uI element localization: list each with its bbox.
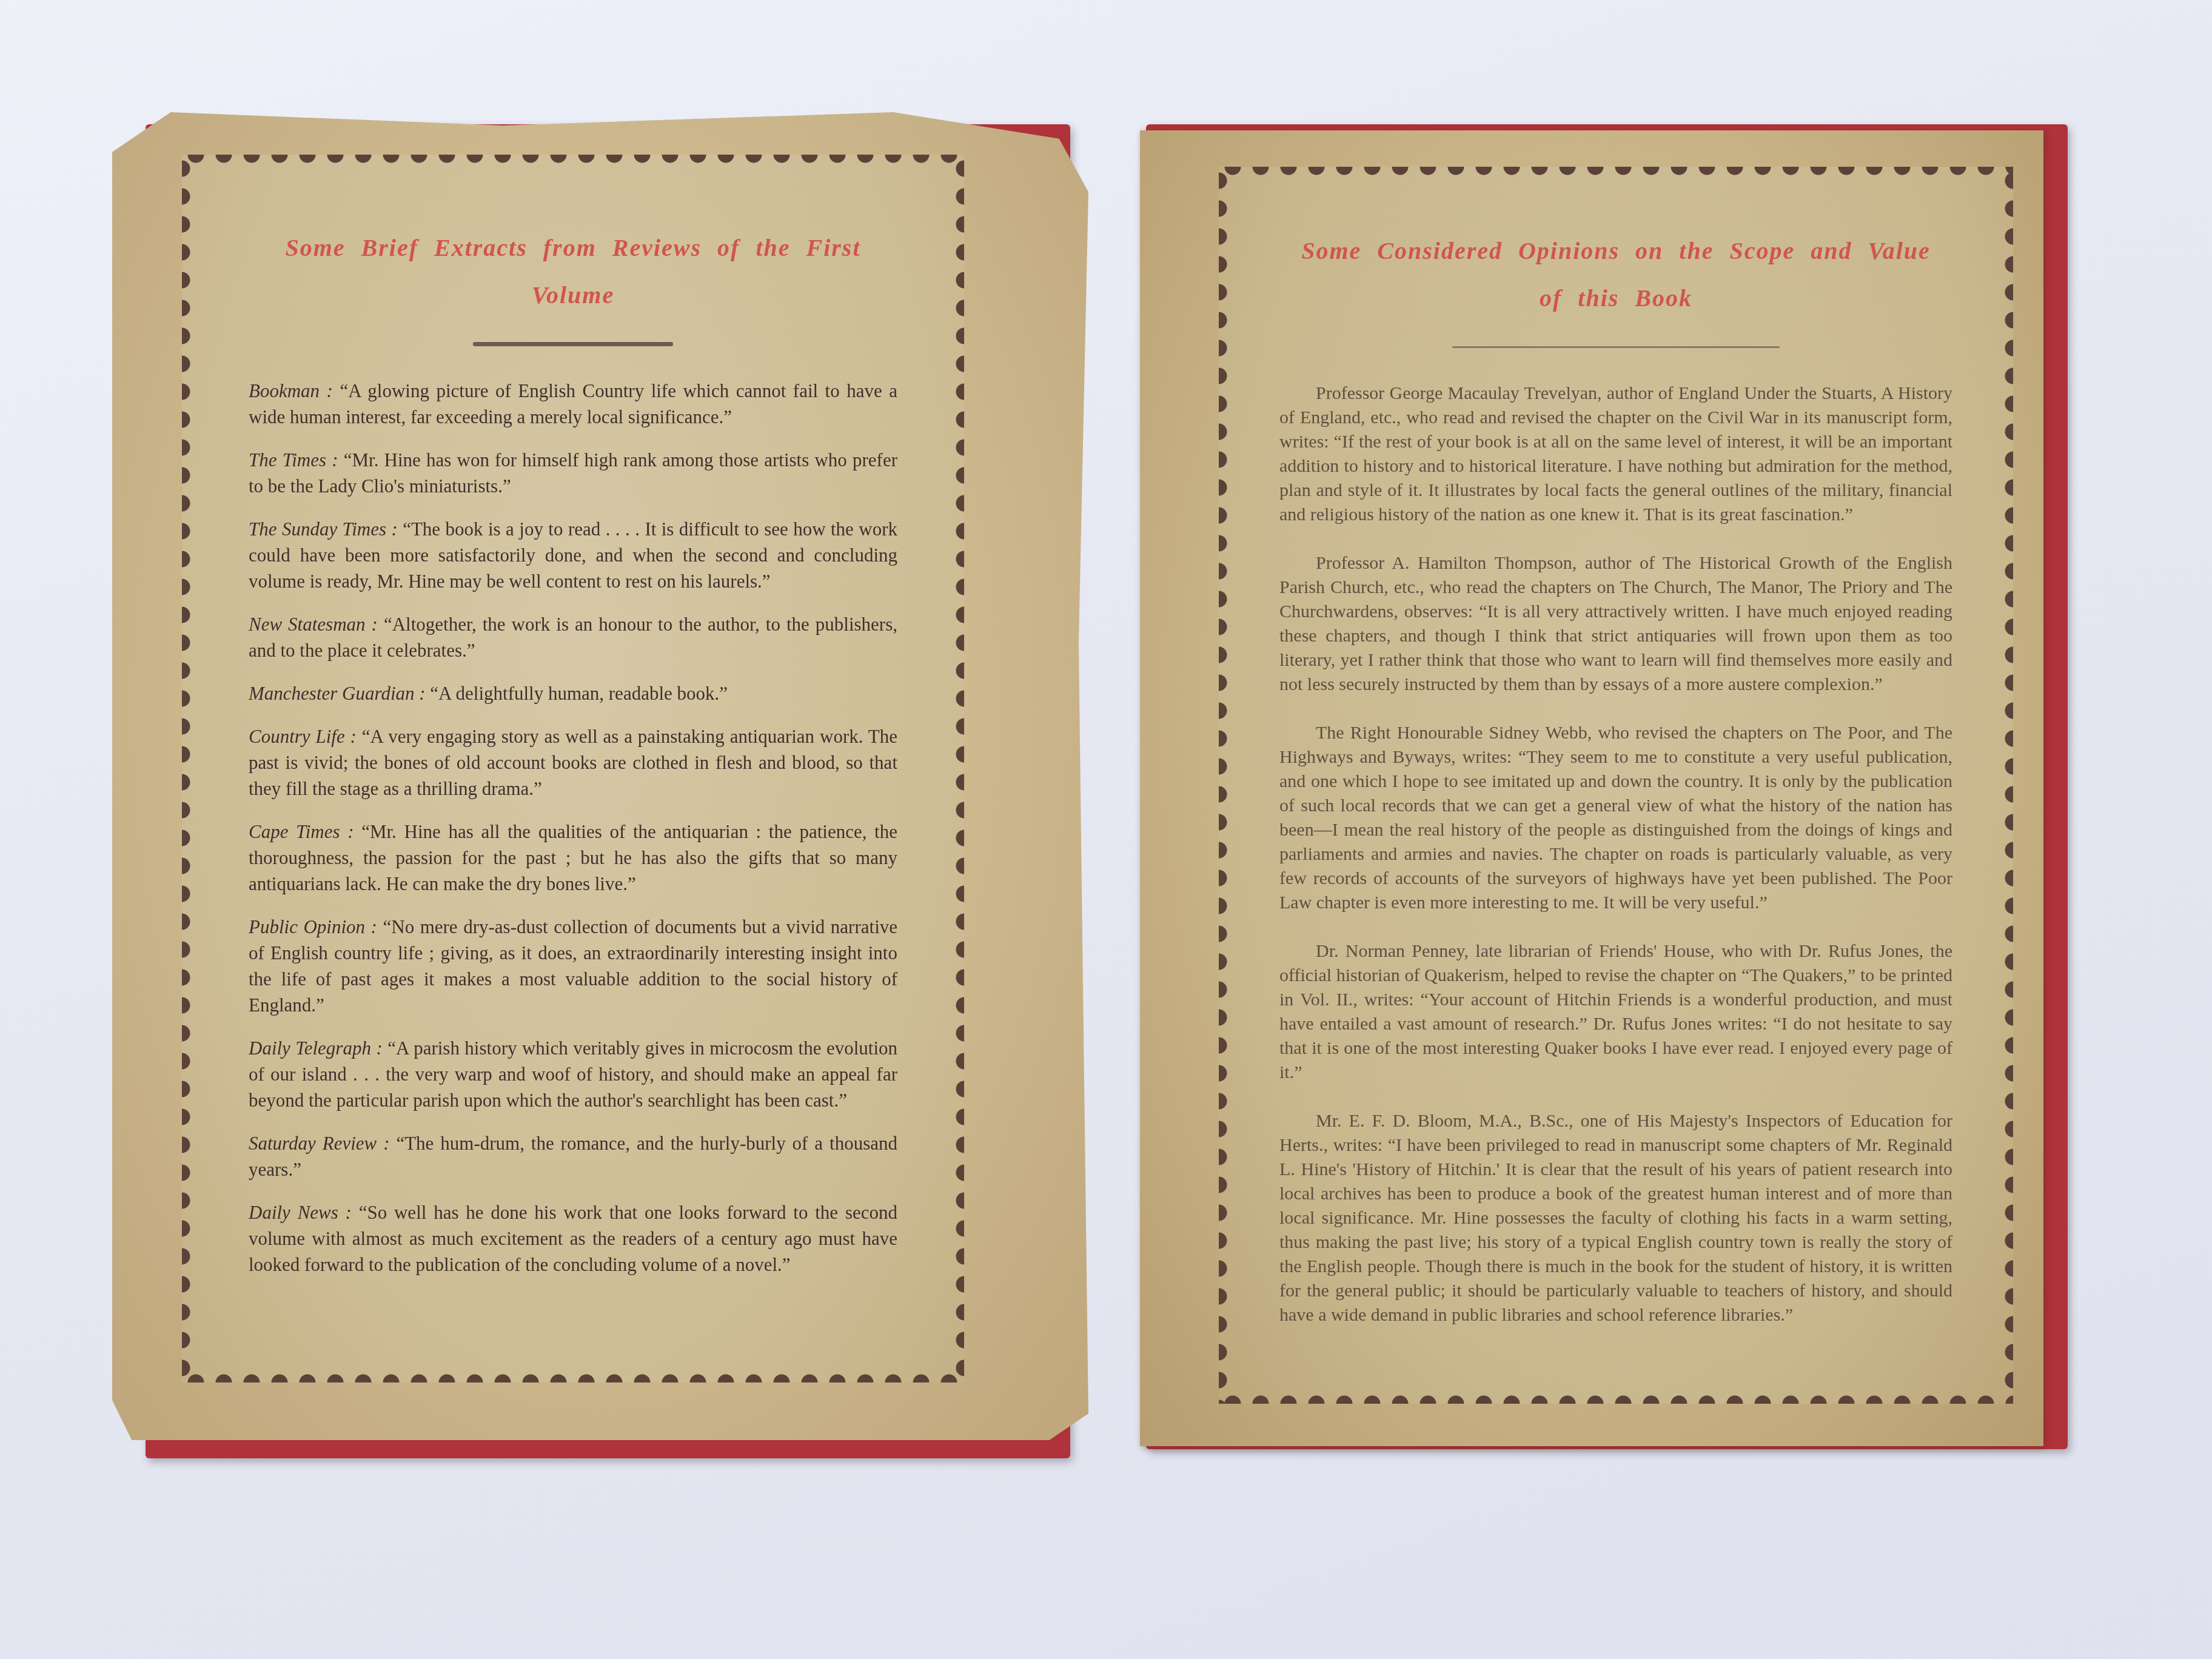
review-source: Country Life : [249,726,362,747]
review-entry: Country Life : “A very engaging story as… [249,723,897,802]
review-entry: Public Opinion : “No mere dry-as-dust co… [249,914,897,1018]
review-source: Daily News : [249,1202,359,1223]
review-source: Saturday Review : [249,1133,396,1154]
review-entry: Saturday Review : “The hum-drum, the rom… [249,1130,897,1182]
opinion-entry: Dr. Norman Penney, late librarian of Fri… [1279,939,1952,1085]
review-quote: “A glowing picture of English Country li… [249,380,897,427]
left-book-heading: Some Brief Extracts from Reviews of the … [249,224,897,319]
opinion-entry: Mr. E. F. D. Bloom, M.A., B.Sc., one of … [1279,1109,1952,1327]
right-book-heading: Some Considered Opinions on the Scope an… [1279,227,1952,322]
review-source: Manchester Guardian : [249,683,430,704]
opinion-entry: The Right Honourable Sidney Webb, who re… [1279,721,1952,915]
review-source: Bookman : [249,380,340,401]
review-quote: “Mr. Hine has won for himself high rank … [249,449,897,497]
review-entry: Daily Telegraph : “A parish history whic… [249,1035,897,1113]
review-source: Cape Times : [249,821,361,842]
review-entry: The Sunday Times : “The book is a joy to… [249,516,897,594]
review-source: The Times : [249,449,344,471]
review-entry: Manchester Guardian : “A delightfully hu… [249,680,897,706]
heading-divider [1452,346,1780,348]
review-source: Daily Telegraph : [249,1037,387,1059]
review-source: Public Opinion : [249,916,383,937]
review-source: New Statesman : [249,614,384,635]
review-entry: Daily News : “So well has he done his wo… [249,1199,897,1278]
opinion-entry: Professor George Macaulay Trevelyan, aut… [1279,381,1952,527]
review-entry: The Times : “Mr. Hine has won for himsel… [249,447,897,499]
opinions-list: Professor George Macaulay Trevelyan, aut… [1279,381,1952,1327]
left-book-ornamental-border: Some Brief Extracts from Reviews of the … [182,155,964,1382]
opinion-entry: Professor A. Hamilton Thompson, author o… [1279,551,1952,697]
review-source: The Sunday Times : [249,518,403,540]
review-quote: “A delightfully human, readable book.” [430,683,728,704]
heading-divider [473,342,673,346]
review-entry: New Statesman : “Altogether, the work is… [249,611,897,663]
review-entry: Bookman : “A glowing picture of English … [249,378,897,430]
review-entry: Cape Times : “Mr. Hine has all the quali… [249,819,897,897]
right-book-ornamental-border: Some Considered Opinions on the Scope an… [1219,167,2013,1404]
reviews-list: Bookman : “A glowing picture of English … [249,378,897,1278]
